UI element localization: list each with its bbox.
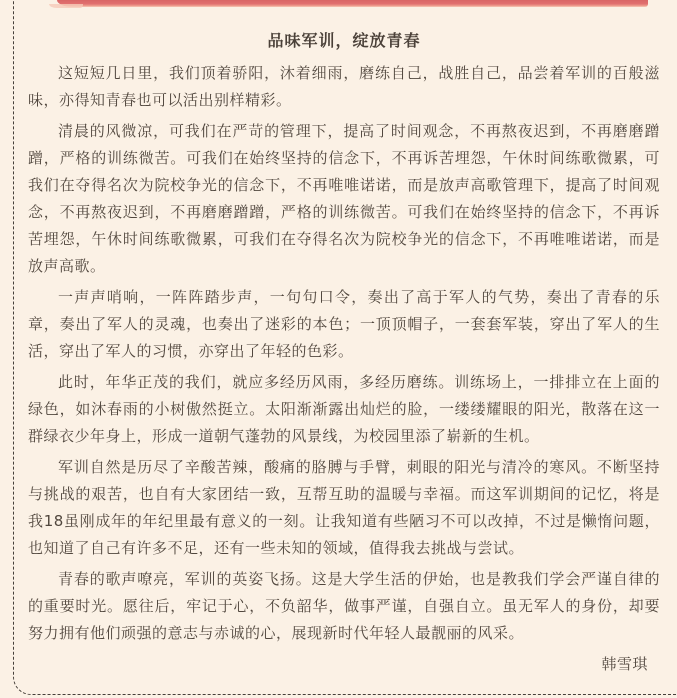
article-content: 品味军训，绽放青春 这短短几日里，我们顶着骄阳，沐着细雨，磨练自己，战胜自己，品… <box>0 0 677 678</box>
article-title: 品味军训，绽放青春 <box>28 30 660 52</box>
paragraph-1: 这短短几日里，我们顶着骄阳，沐着细雨，磨练自己，战胜自己，品尝着军训的百般滋味，… <box>28 60 660 114</box>
author-signature: 韩雪琪 <box>28 651 660 678</box>
paragraph-6: 青春的歌声嘹亮，军训的英姿飞扬。这是大学生活的伊始，也是教我们学会严谨自律的的重… <box>28 566 660 647</box>
paragraph-2: 清晨的风微凉，可我们在严苛的管理下，提高了时间观念，不再熬夜迟到，不再磨磨蹭蹭，… <box>28 118 660 280</box>
paragraph-4: 此时，年华正茂的我们，就应多经历风雨，多经历磨练。训练场上，一排排立在上面的绿色… <box>28 369 660 450</box>
paragraph-5: 军训自然是历尽了辛酸苦辣，酸痛的胳膊与手臂，刺眼的阳光与清冷的寒风。不断坚持与挑… <box>28 454 660 562</box>
article-page: 品味军训，绽放青春 这短短几日里，我们顶着骄阳，沐着细雨，磨练自己，战胜自己，品… <box>0 0 677 698</box>
paragraph-3: 一声声哨响，一阵阵踏步声，一句句口令，奏出了高于军人的气势，奏出了青春的乐章，奏… <box>28 284 660 365</box>
